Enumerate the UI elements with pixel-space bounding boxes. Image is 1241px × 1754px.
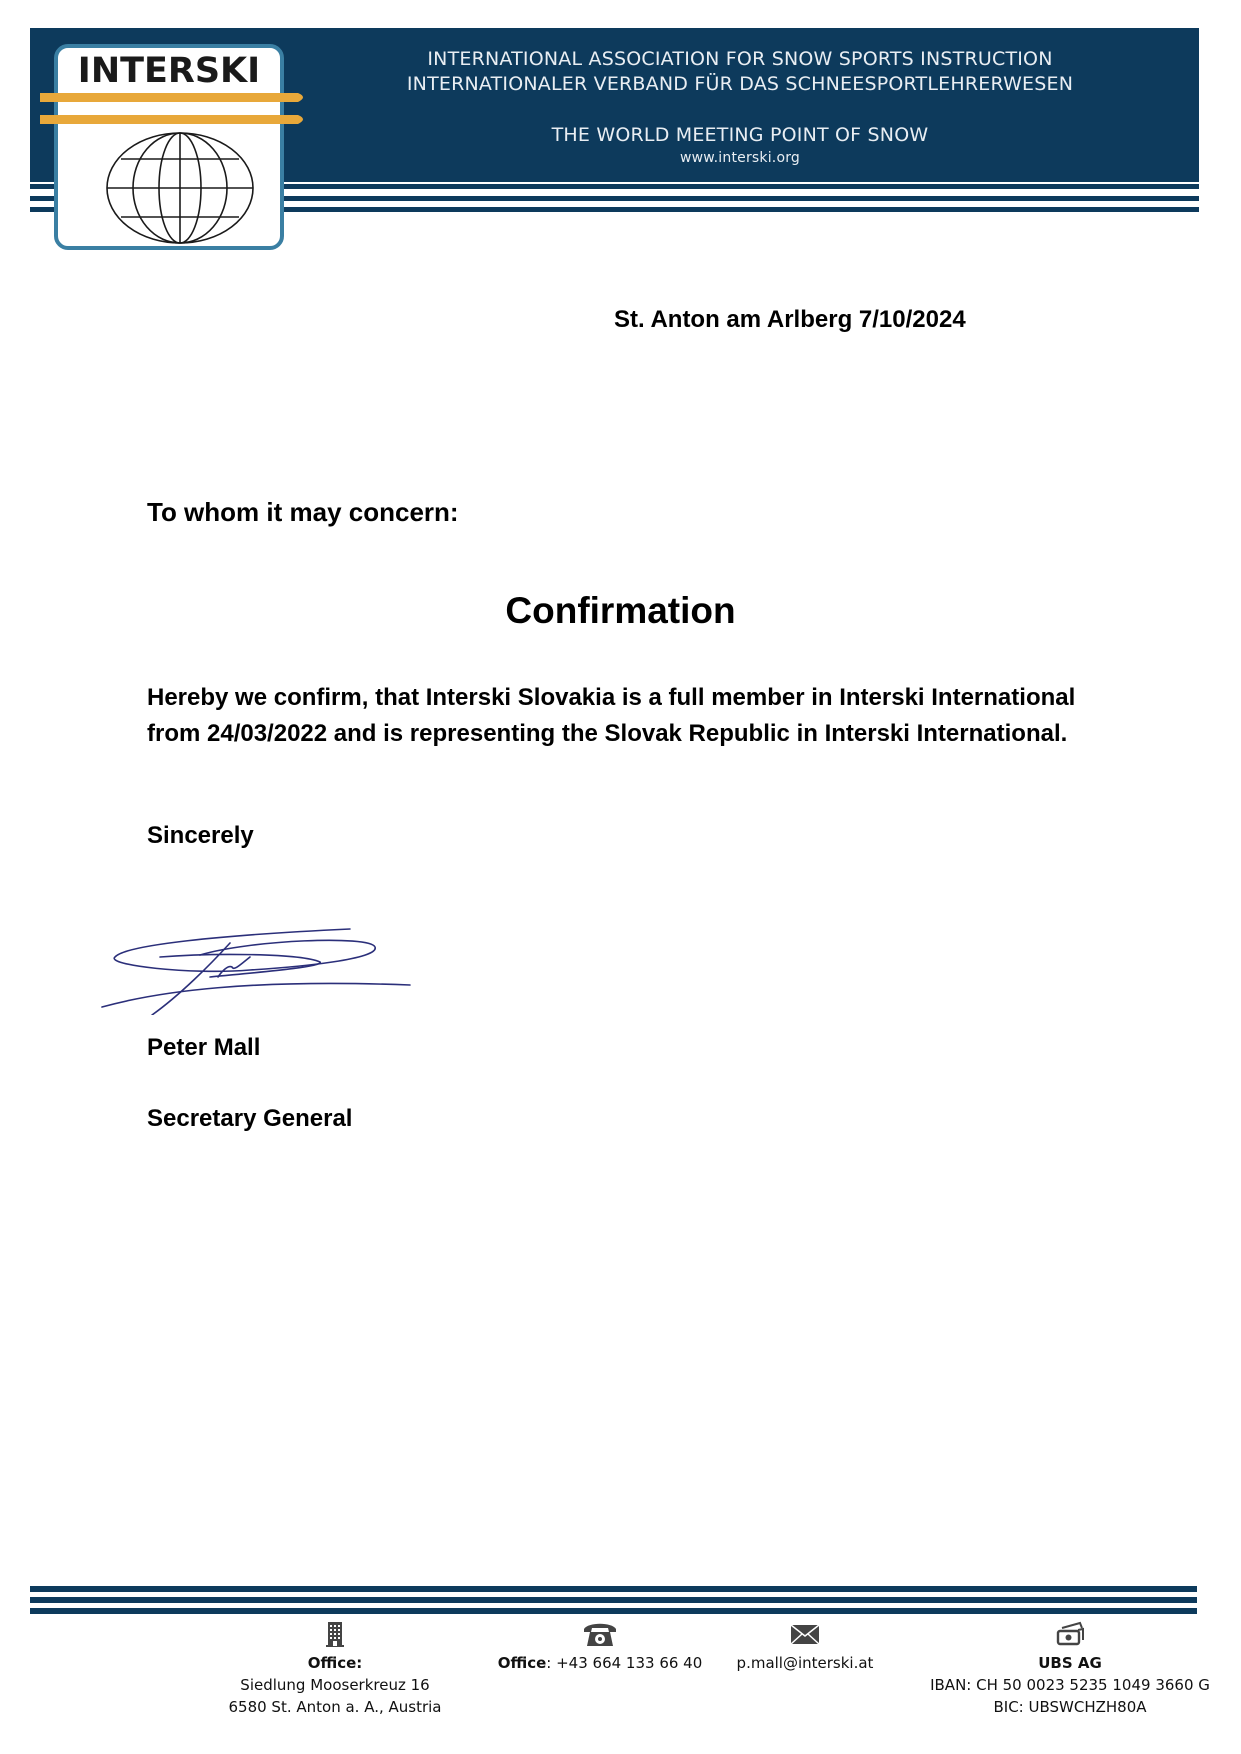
telephone-icon	[582, 1620, 618, 1648]
bank-bic: BIC: UBSWCHZH80A	[920, 1696, 1220, 1718]
document-title: Confirmation	[0, 590, 1241, 632]
footer-address: Office: Siedlung Mooserkreuz 16 6580 St.…	[220, 1620, 450, 1718]
money-icon	[1054, 1620, 1086, 1648]
place-and-date: St. Anton am Arlberg 7/10/2024	[614, 306, 966, 334]
ski-icon	[40, 115, 303, 124]
salutation: To whom it may concern:	[147, 497, 459, 528]
org-tagline: THE WORLD MEETING POINT OF SNOW	[330, 124, 1150, 146]
footer-bank: UBS AG IBAN: CH 50 0023 5235 1049 3660 G…	[920, 1620, 1220, 1718]
phone-number: : +43 664 133 66 40	[546, 1654, 702, 1672]
footer-stripe	[30, 1597, 1197, 1603]
bank-name: UBS AG	[1038, 1654, 1102, 1672]
signature-image	[100, 915, 420, 1015]
org-name-german: INTERNATIONALER VERBAND FÜR DAS SCHNEESP…	[330, 73, 1150, 95]
signer-title: Secretary General	[147, 1105, 352, 1133]
closing: Sincerely	[147, 822, 254, 850]
bank-iban: IBAN: CH 50 0023 5235 1049 3660 G	[920, 1674, 1220, 1696]
ski-icon	[40, 93, 303, 102]
envelope-icon	[789, 1620, 821, 1648]
phone-label: Office	[498, 1654, 547, 1672]
footer-stripe	[30, 1586, 1197, 1592]
building-icon	[320, 1620, 350, 1648]
interski-logo: INTERSKI	[36, 42, 316, 254]
signer-name: Peter Mall	[147, 1034, 260, 1062]
address-label: Office:	[308, 1654, 363, 1672]
email-link[interactable]: p.mall@interski.at	[720, 1652, 890, 1674]
footer-phone: Office: +43 664 133 66 40	[480, 1620, 720, 1674]
org-name-english: INTERNATIONAL ASSOCIATION FOR SNOW SPORT…	[330, 48, 1150, 70]
address-line2: 6580 St. Anton a. A., Austria	[220, 1696, 450, 1718]
confirmation-paragraph: Hereby we confirm, that Interski Slovaki…	[147, 680, 1087, 751]
logo-wordmark: INTERSKI	[78, 51, 260, 91]
footer-stripe	[30, 1608, 1197, 1614]
globe-icon	[107, 133, 253, 243]
footer-email: p.mall@interski.at	[720, 1620, 890, 1674]
org-website: www.interski.org	[330, 150, 1150, 166]
address-line1: Siedlung Mooserkreuz 16	[220, 1674, 450, 1696]
